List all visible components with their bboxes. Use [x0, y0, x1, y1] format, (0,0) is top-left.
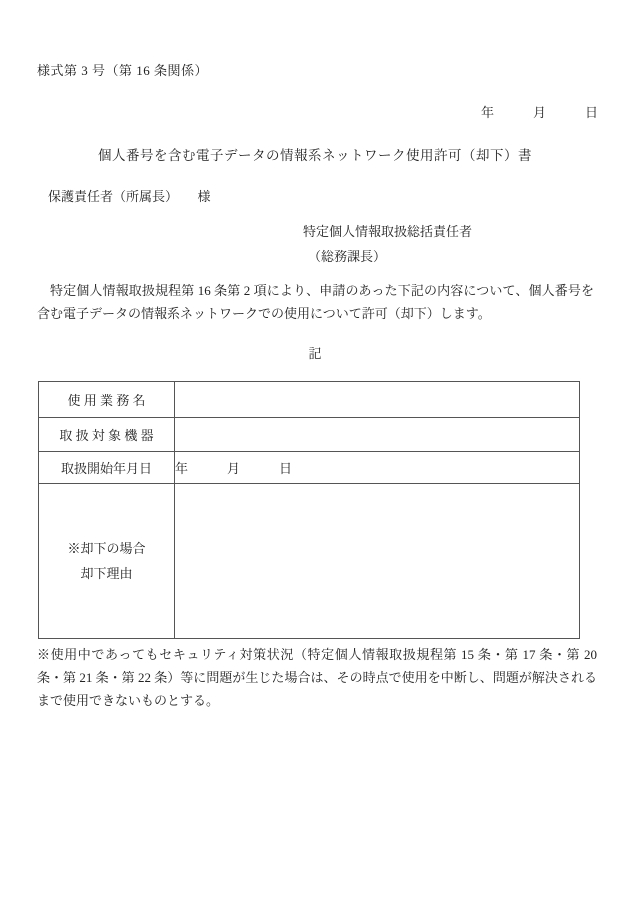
- start-date-value: 年 月 日: [175, 452, 580, 484]
- table-row-business-name: 使 用 業 務 名: [39, 382, 580, 418]
- table-row-target-equipment: 取 扱 対 象 機 器: [39, 418, 580, 452]
- addressee-line: 保護責任者（所属長） 様: [48, 186, 211, 205]
- sender-role: （総務課長）: [303, 244, 472, 269]
- table-row-rejection-reason: ※却下の場合 却下理由: [39, 484, 580, 639]
- rejection-reason-value: [175, 484, 580, 639]
- rejection-reason-label-line1: ※却下の場合: [39, 536, 174, 561]
- form-number: 様式第 3 号（第 16 条関係）: [37, 60, 208, 79]
- target-equipment-label: 取 扱 対 象 機 器: [39, 418, 175, 452]
- record-marker: 記: [0, 343, 630, 362]
- document-title: 個人番号を含む電子データの情報系ネットワーク使用許可（却下）書: [0, 144, 630, 164]
- table-row-start-date: 取扱開始年月日 年 月 日: [39, 452, 580, 484]
- target-equipment-value: [175, 418, 580, 452]
- start-date-label: 取扱開始年月日: [39, 452, 175, 484]
- rejection-reason-label: ※却下の場合 却下理由: [39, 484, 175, 639]
- security-footnote: ※使用中であってもセキュリティ対策状況（特定個人情報取扱規程第 15 条・第 1…: [37, 643, 597, 712]
- rejection-reason-label-line2: 却下理由: [39, 561, 174, 586]
- body-paragraph: 特定個人情報取扱規程第 16 条第 2 項により、申請のあった下記の内容について…: [37, 279, 594, 325]
- business-name-value: [175, 382, 580, 418]
- document-page: 様式第 3 号（第 16 条関係） 年 月 日 個人番号を含む電子データの情報系…: [0, 0, 630, 903]
- issue-date-line: 年 月 日: [481, 102, 598, 121]
- sender-block: 特定個人情報取扱総括責任者 （総務課長）: [303, 219, 472, 269]
- sender-title: 特定個人情報取扱総括責任者: [303, 219, 472, 244]
- business-name-label: 使 用 業 務 名: [39, 382, 175, 418]
- form-table: 使 用 業 務 名 取 扱 対 象 機 器 取扱開始年月日 年 月 日 ※却下の…: [38, 381, 580, 639]
